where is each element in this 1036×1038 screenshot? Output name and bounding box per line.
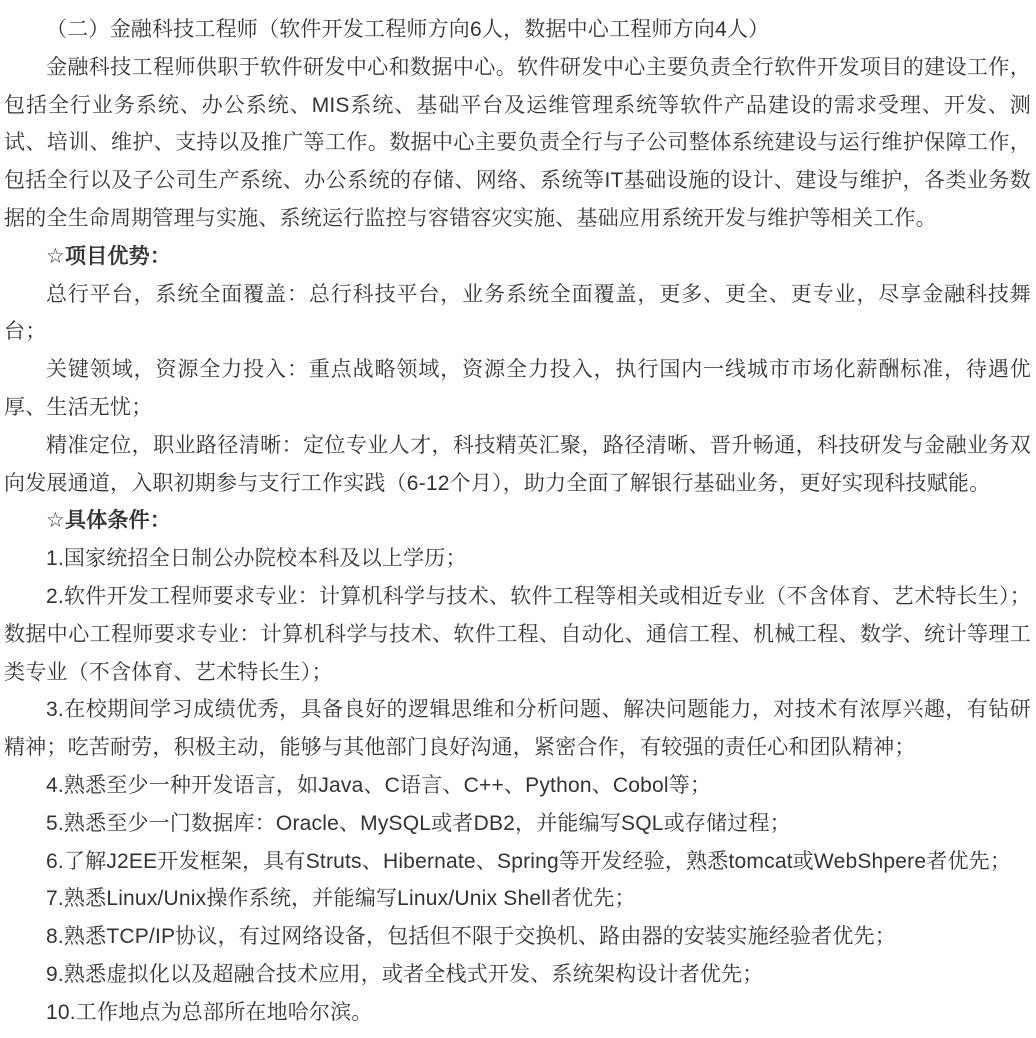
- star-icon: ☆: [46, 245, 65, 268]
- advantage-item: 精准定位，职业路径清晰：定位专业人才，科技精英汇聚，路径清晰、晋升畅通，科技研发…: [4, 427, 1031, 503]
- advantage-item: 总行平台，系统全面覆盖：总行科技平台，业务系统全面覆盖，更多、更全、更专业，尽享…: [4, 276, 1031, 352]
- requirement-item: 4.熟悉至少一种开发语言，如Java、C语言、C++、Python、Cobol等…: [4, 767, 1031, 805]
- requirement-item: 9.熟悉虚拟化以及超融合技术应用，或者全栈式开发、系统架构设计者优先；: [4, 956, 1031, 994]
- requirements-section-heading: ☆具体条件：: [4, 502, 1031, 540]
- job-posting-document: （二）金融科技工程师（软件开发工程师方向6人，数据中心工程师方向4人） 金融科技…: [0, 0, 1036, 1038]
- requirement-item: 1.国家统招全日制公办院校本科及以上学历；: [4, 540, 1031, 578]
- requirement-item: 6.了解J2EE开发框架，具有Struts、Hibernate、Spring等开…: [4, 843, 1031, 881]
- requirement-item: 7.熟悉Linux/Unix操作系统，并能编写Linux/Unix Shell者…: [4, 880, 1031, 918]
- requirement-item: 5.熟悉至少一门数据库：Oracle、MySQL或者DB2，并能编写SQL或存储…: [4, 805, 1031, 843]
- star-icon: ☆: [46, 509, 65, 532]
- job-title-heading: （二）金融科技工程师（软件开发工程师方向6人，数据中心工程师方向4人）: [4, 11, 1031, 49]
- requirements-heading-label: 具体条件：: [65, 509, 171, 532]
- advantages-section-heading: ☆项目优势：: [4, 238, 1031, 276]
- advantages-heading-label: 项目优势：: [65, 245, 171, 268]
- requirement-item: 2.软件开发工程师要求专业：计算机科学与技术、软件工程等相关或相近专业（不含体育…: [4, 578, 1031, 691]
- requirement-item: 8.熟悉TCP/IP协议，有过网络设备，包括但不限于交换机、路由器的安装实施经验…: [4, 918, 1031, 956]
- requirement-item: 3.在校期间学习成绩优秀，具备良好的逻辑思维和分析问题、解决问题能力，对技术有浓…: [4, 691, 1031, 767]
- intro-paragraph: 金融科技工程师供职于软件研发中心和数据中心。软件研发中心主要负责全行软件开发项目…: [4, 49, 1031, 238]
- advantage-item: 关键领域，资源全力投入：重点战略领域，资源全力投入，执行国内一线城市市场化薪酬标…: [4, 351, 1031, 427]
- requirement-item: 10.工作地点为总部所在地哈尔滨。: [4, 994, 1031, 1032]
